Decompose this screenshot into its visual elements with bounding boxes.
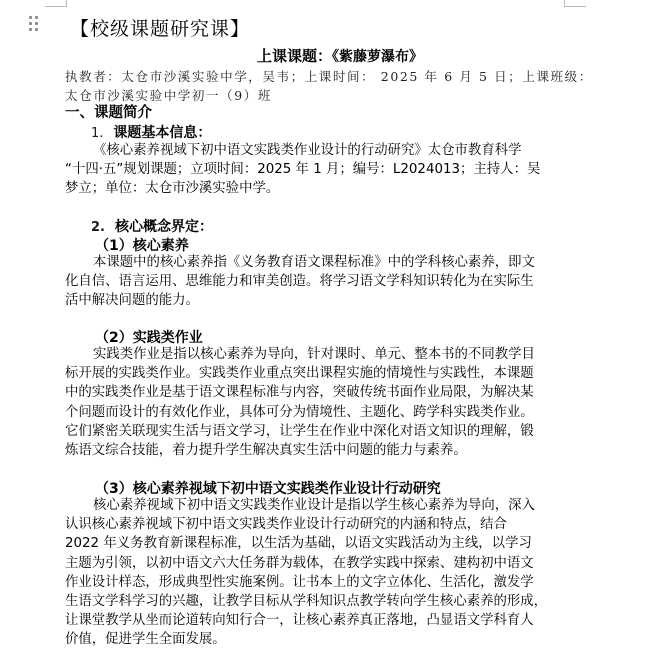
text-line: 主题为引领，以初中语文六大任务群为载体，在教学实践中探索、建构初中语文 [65,554,575,573]
list-number: 1. [91,126,103,141]
text-line: 活中解决问题的能力。 [65,291,575,310]
page-corner-mark-right [564,0,586,7]
text-line: 作业设计样态，形成典型性实施案例。让书本上的文字立体化、生活化，激发学 [65,573,575,592]
text-line: 标开展的实践类作业。实践类作业重点突出课程实施的情境性与实践性，本课题 [65,364,575,383]
text-line: 生语文学科学习的兴趣，让教学目标从学科知识点教学转向学生核心素养的形成， [65,592,575,611]
page-corner-mark-left [45,0,67,7]
concept-heading-practical-homework: （2）实践类作业 [95,327,203,347]
subsection-heading-text: 课题基本信息： [113,125,211,141]
drag-handle-icon[interactable] [29,16,38,32]
subsection-heading-text: 核心概念界定： [115,219,213,235]
lesson-title-book: 《紫藤萝瀑布》 [332,49,423,65]
lesson-title: 上课课题：《紫藤萝瀑布》 [0,45,650,66]
text-line: 梦立；单位：太仓市沙溪实验中学。 [65,179,575,198]
text-line: 本课题中的核心素养指《义务教育语文课程标准》中的学科核心素养，即文 [65,253,575,272]
subsection-heading-core-concepts: 2.核心概念界定： [91,216,213,236]
text-line: “十四·五”规划课题；立项时间：2025 年 1 月；编号：L2024013；主… [65,160,575,179]
text-line: 让课堂教学从坐而论道转向知行合一，让核心素养真正落地，凸显语文学科育人 [65,611,575,630]
text-line: 价值，促进学生全面发展。 [65,630,575,649]
section-heading-intro: 一、课题简介 [65,101,152,122]
text-line: 2022 年义务教育新课程标准，以生活为基础，以语文实践活动为主线，以学习 [65,534,575,553]
paragraph-practical-homework: 实践类作业是指以核心素养为导向，针对课时、单元、整本书的不同教学目 标开展的实践… [65,345,575,460]
paragraph-core-literacy: 本课题中的核心素养指《义务教育语文课程标准》中的学科核心素养，即文 化自信、语言… [65,253,575,311]
text-line: 它们紧密关联现实生活与语文学习，让学生在作业中深化对语文知识的理解，锻 [65,422,575,441]
text-line: 化自信、语言运用、思维能力和审美创造。将学习语文学科知识转化为在实际生 [65,272,575,291]
subsection-heading-basic-info: 1.课题基本信息： [91,122,211,142]
lesson-title-label: 上课课题： [257,47,332,65]
text-line: 实践类作业是指以核心素养为导向，针对课时、单元、整本书的不同教学目 [65,345,575,364]
text-line: 个问题而设计的有效化作业，具体可分为情境性、主题化、跨学科实践类作业。 [65,403,575,422]
text-line: 炼语文综合技能，着力提升学生解决真实生活中问题的能力与素养。 [65,441,575,460]
list-number: 2. [91,220,105,235]
text-line: 核心素养视域下初中语文实践类作业设计是指以学生核心素养为导向，深入 [65,496,575,515]
document-title: 【校级课题研究课】 [70,14,250,41]
paragraph-basic-info: 《核心素养视域下初中语文实践类作业设计的行动研究》太仓市教育科学 “十四·五”规… [65,141,575,199]
text-line: 《核心素养视域下初中语文实践类作业设计的行动研究》太仓市教育科学 [65,141,575,160]
text-line: 认识核心素养视域下初中语文实践类作业设计行动研究的内涵和特点，结合 [65,515,575,534]
meta-line-teacher-time: 执教者：太仓市沙溪实验中学，吴韦；上课时间： 2025 年 6 月 5 日；上课… [65,67,593,85]
paragraph-action-research: 核心素养视域下初中语文实践类作业设计是指以学生核心素养为导向，深入 认识核心素养… [65,496,575,650]
concept-heading-action-research: （3）核心素养视域下初中语文实践类作业设计行动研究 [95,478,441,498]
text-line: 中的实践类作业是基于语文课程标准与内容，突破传统书面作业局限，为解决某 [65,383,575,402]
concept-heading-core-literacy: （1）核心素养 [95,235,189,255]
